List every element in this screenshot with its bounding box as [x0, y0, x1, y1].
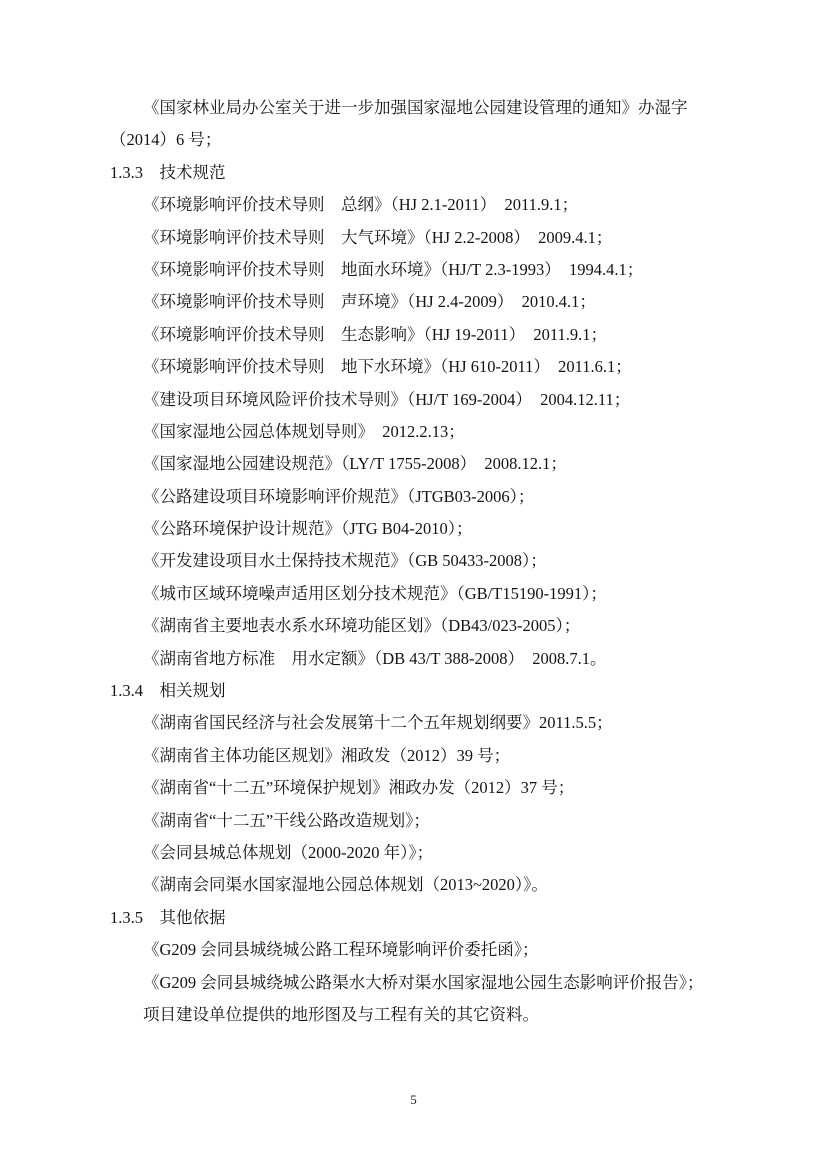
document-line: 《G209 会同县城绕城公路渠水大桥对渠水国家湿地公园生态影响评价报告》； [110, 967, 721, 999]
document-line: 《环境影响评价技术导则 总纲》（HJ 2.1-2011） 2011.9.1； [110, 189, 721, 221]
document-line: 《公路建设项目环境影响评价规范》（JTGB03-2006）； [110, 481, 721, 513]
section-heading: 1.3.4 相关规划 [110, 675, 721, 707]
document-line: 《湖南省主要地表水系水环境功能区划》（DB43/023-2005）； [110, 610, 721, 642]
section-heading: 1.3.3 技术规范 [110, 157, 721, 189]
document-line: 《G209 会同县城绕城公路工程环境影响评价委托函》； [110, 934, 721, 966]
document-line: 《湖南省“十二五”干线公路改造规划》； [110, 805, 721, 837]
document-line: 《湖南省“十二五”环境保护规划》湘政办发（2012）37 号； [110, 772, 721, 804]
document-line: 《国家湿地公园建设规范》（LY/T 1755-2008） 2008.12.1； [110, 448, 721, 480]
document-line: 《建设项目环境风险评价技术导则》（HJ/T 169-2004） 2004.12.… [110, 384, 721, 416]
document-line: 项目建设单位提供的地形图及与工程有关的其它资料。 [110, 999, 721, 1031]
document-line: （2014）6 号； [110, 124, 721, 156]
document-line: 《湖南会同渠水国家湿地公园总体规划（2013~2020）》。 [110, 869, 721, 901]
document-line: 《城市区域环境噪声适用区划分技术规范》（GB/T15190-1991）； [110, 578, 721, 610]
document-line: 《湖南省地方标准 用水定额》（DB 43/T 388-2008） 2008.7.… [110, 643, 721, 675]
page-number: 5 [0, 1092, 827, 1108]
document-line: 《国家林业局办公室关于进一步加强国家湿地公园建设管理的通知》办湿字 [110, 92, 721, 124]
document-line: 《公路环境保护设计规范》（JTG B04-2010）； [110, 513, 721, 545]
document-line: 《环境影响评价技术导则 声环境》（HJ 2.4-2009） 2010.4.1； [110, 286, 721, 318]
document-line: 《会同县城总体规划（2000-2020 年）》； [110, 837, 721, 869]
document-line: 《环境影响评价技术导则 地下水环境》（HJ 610-2011） 2011.6.1… [110, 351, 721, 383]
document-line: 《湖南省主体功能区规划》湘政发（2012）39 号； [110, 740, 721, 772]
document-page: 《国家林业局办公室关于进一步加强国家湿地公园建设管理的通知》办湿字（2014）6… [0, 0, 827, 1169]
document-line: 《环境影响评价技术导则 大气环境》（HJ 2.2-2008） 2009.4.1； [110, 222, 721, 254]
document-line: 《国家湿地公园总体规划导则》 2012.2.13； [110, 416, 721, 448]
document-line: 《湖南省国民经济与社会发展第十二个五年规划纲要》2011.5.5； [110, 707, 721, 739]
document-line: 《环境影响评价技术导则 地面水环境》（HJ/T 2.3-1993） 1994.4… [110, 254, 721, 286]
section-heading: 1.3.5 其他依据 [110, 902, 721, 934]
document-line: 《环境影响评价技术导则 生态影响》（HJ 19-2011） 2011.9.1； [110, 319, 721, 351]
document-text-block: 《国家林业局办公室关于进一步加强国家湿地公园建设管理的通知》办湿字（2014）6… [110, 92, 721, 1031]
document-line: 《开发建设项目水土保持技术规范》（GB 50433-2008）； [110, 545, 721, 577]
